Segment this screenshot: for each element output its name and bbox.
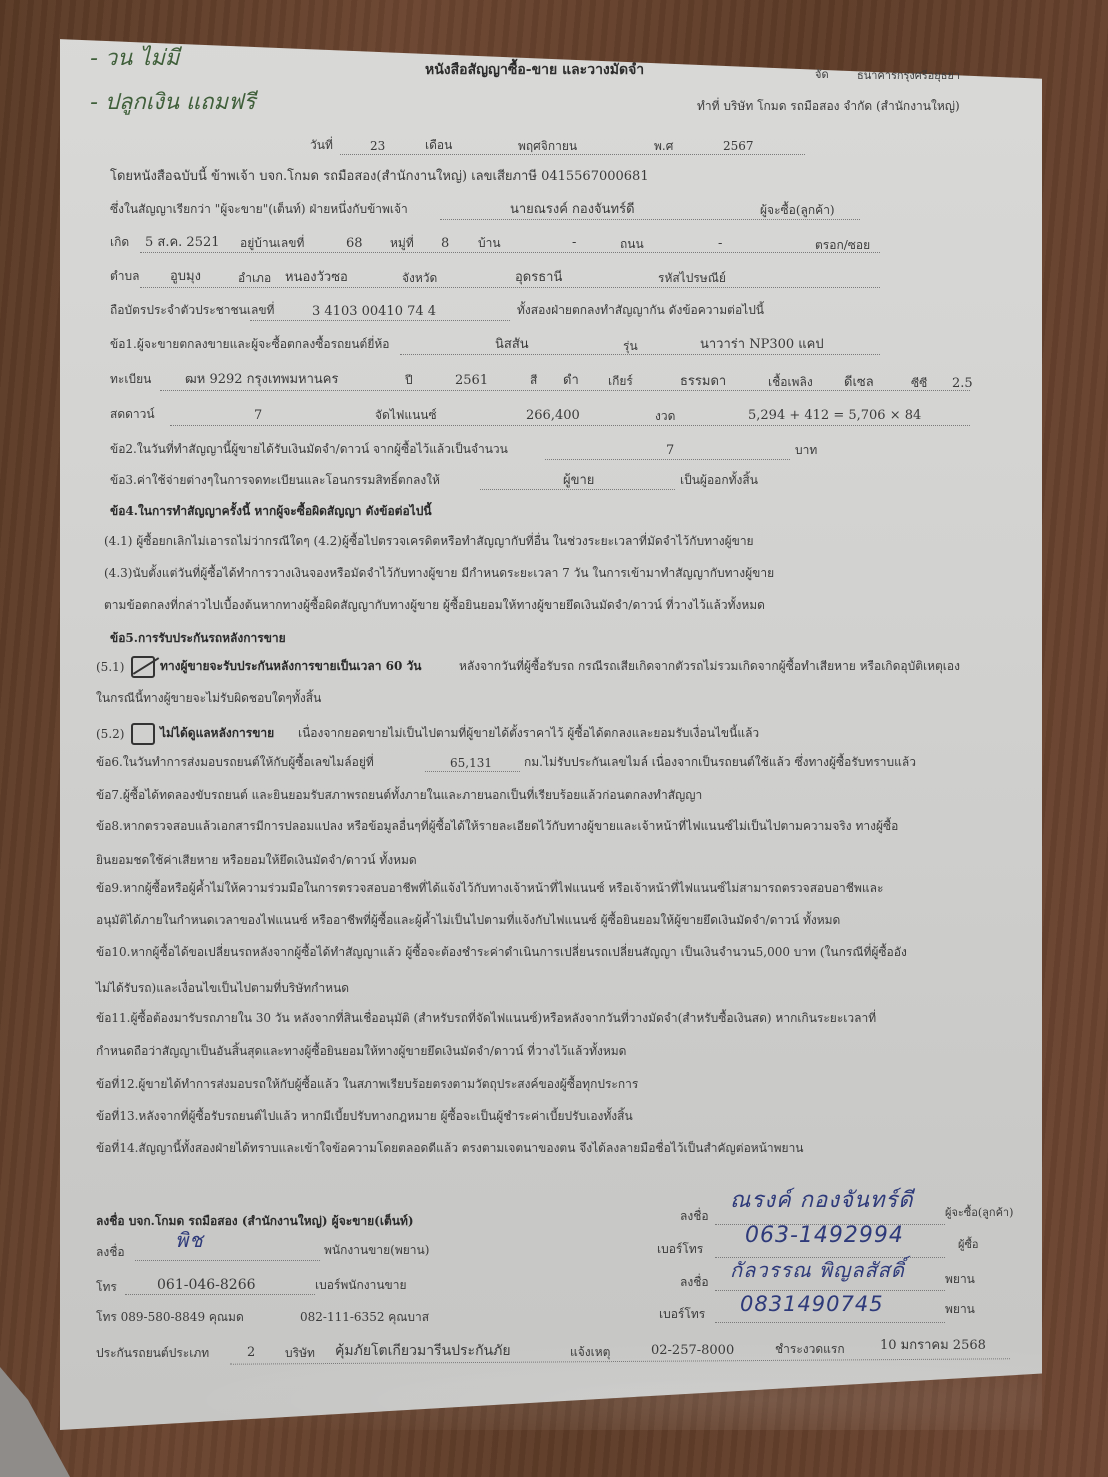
clause-5-title: ข้อ5.การรับประกันรถหลังการขาย: [110, 632, 286, 644]
vehicle-color-value: ดำ: [563, 374, 579, 387]
witness-role: พยาน: [945, 1273, 975, 1285]
mileage-dotted-line: [425, 771, 520, 772]
warranty-60-days-checkbox[interactable]: [131, 656, 155, 678]
clause-5-1-bold: ทางผู้ขายจะรับประกันหลังการขายเป็นเวลา 6…: [160, 660, 421, 672]
clause-5-1-text2: ในกรณีนี้ทางผู้ขายจะไม่รับผิดชอบใดๆทั้งส…: [96, 692, 321, 704]
soi-label: ตรอก/ซอย: [815, 239, 870, 251]
buyer-sign-label: ลงชื่อ: [680, 1210, 709, 1222]
clause-14: ข้อที่14.สัญญานี้ทั้งสองฝ่ายได้ทราบและเข…: [96, 1142, 804, 1154]
moo-label: หมู่ที่: [390, 237, 414, 249]
day-label: วันที่: [310, 139, 333, 151]
vehicle-brand: นิสสัน: [495, 338, 529, 351]
cc-label: ซีซี: [911, 377, 927, 389]
village-label: บ้าน: [478, 237, 501, 249]
clause-10a: ข้อ10.หากผู้ซื้อได้ขอเปลี่ยนรถหลังจากผู้…: [96, 946, 907, 958]
clause-11b: กำหนดถือว่าสัญญาเป็นอันสิ้นสุดและทางผู้ซ…: [96, 1045, 626, 1057]
finance-label: จัด: [815, 69, 829, 80]
clause-10b: ไม่ได้รับรถ)และเงื่อนไขเป็นไปตามที่บริษั…: [96, 982, 349, 994]
buyer-dotted-line: [440, 219, 860, 220]
witness-phone-label: เบอร์โทร: [659, 1308, 705, 1320]
seller-signature-line: ลงชื่อ บจก.โกมด รถมือสอง (สำนักงานใหญ่) …: [96, 1215, 414, 1227]
clause-5-2-bold: ไม่ได้ดูแลหลังการขาย: [160, 727, 274, 739]
district-label: อำเภอ: [238, 272, 271, 284]
house-no-label: อยู่บ้านเลขที่: [240, 237, 304, 249]
born-value: 5 ส.ค. 2521: [145, 236, 220, 249]
salesperson-tel-role: เบอร์พนักงานขาย: [315, 1279, 407, 1291]
no-after-sales-checkbox[interactable]: [131, 723, 155, 745]
gear-label: เกียร์: [608, 375, 633, 387]
moo-value: 8: [441, 237, 449, 250]
insurance-company-value: คุ้มภัยโตเกียวมารีนประกันภัย: [335, 1344, 511, 1358]
witness-sign-dotted-line: [715, 1290, 945, 1291]
buyer-role: ผู้จะซื้อ(ลูกค้า): [760, 204, 835, 216]
fuel-label: เชื้อเพลิง: [768, 376, 813, 388]
intro-text: โดยหนังสือฉบับนี้ ข้าพเจ้า บจก.โกมด รถมื…: [110, 170, 649, 183]
salesperson-role: พนักงานขาย(พยาน): [324, 1244, 429, 1256]
salesperson-tel-value: 061-046-8266: [157, 1278, 256, 1292]
salesperson-sign-label: ลงชื่อ: [96, 1246, 125, 1258]
vehicle-year-value: 2561: [455, 374, 488, 387]
clause-4-3a: (4.3)นับตั้งแต่วันที่ผู้ซื้อได้ทำการวางเ…: [104, 567, 774, 579]
vehicle-dotted-line: [400, 354, 880, 355]
salesperson-tel-label: โทร: [96, 1281, 117, 1293]
made-at: ทำที่ บริษัท โกมด รถมือสอง จำกัด (สำนักง…: [697, 100, 960, 112]
clause-5-1-text: หลังจากวันที่ผู้ซื้อรับรถ กรณีรถเสียเกิด…: [459, 660, 960, 672]
buyer-phone-role: ผู้ซื้อ: [958, 1239, 979, 1250]
installment-value: 5,294 + 412 = 5,706 × 84: [748, 409, 921, 422]
road-value: -: [718, 237, 722, 250]
finance-bank: ธนาคารกรุงศรีอยุธยา: [857, 70, 960, 81]
clause-8b: ยินยอมชดใช้ค่าเสียหาย หรือยอมให้ยึดเงินม…: [96, 854, 417, 866]
house-no-value: 68: [346, 237, 363, 250]
accident-report-label: แจ้งเหตุ: [570, 1346, 610, 1358]
handwritten-note-2: - ปลูกเงิน แถมฟรี: [90, 92, 255, 114]
clause-6-text-b: กม.ไม่รับประกันเลขไมล์ เนื่องจากเป็นรถยน…: [524, 756, 916, 768]
clause-5-2-text: เนื่องจากยอดขายไม่เป็นไปตามที่ผู้ขายได้ต…: [298, 727, 759, 739]
office-contact-2: 082-111-6352 คุณบาส: [300, 1311, 429, 1323]
clause-13: ข้อที่13.หลังจากที่ผู้ซื้อรับรถยนต์ไปแล้…: [96, 1110, 633, 1122]
down-label: สดดาวน์: [110, 408, 155, 420]
clause-5-2-label: (5.2): [96, 728, 124, 740]
witness-phone-role: พยาน: [945, 1303, 975, 1315]
subdistrict-label: ตำบล: [110, 270, 140, 282]
clause-7: ข้อ7.ผู้ซื้อได้ทดลองขับรถยนต์ และยินยอมร…: [96, 789, 702, 801]
clause-11a: ข้อ11.ผู้ซื้อต้องมารับรถภายใน 30 วัน หลั…: [96, 1012, 876, 1024]
salesperson-dotted-line: [135, 1260, 320, 1261]
finance-amount-value: 266,400: [526, 409, 580, 422]
buyer-phone-label: เบอร์โทร: [657, 1243, 703, 1255]
vehicle-color-label: สี: [530, 374, 537, 386]
vehicle-year-label: ปี: [405, 374, 413, 386]
vehicle-model: นาวาร่า NP300 แคป: [700, 338, 824, 351]
insurance-type-label: ประกันรถยนต์ประเภท: [96, 1347, 209, 1359]
clause-3-party: ผู้ขาย: [563, 474, 594, 487]
address-dotted-line: [140, 252, 880, 253]
clause-3-dotted-line: [480, 489, 675, 490]
registration-value: ฒห 9292 กรุงเทพมหานคร: [185, 373, 338, 386]
installment-label: งวด: [655, 410, 675, 422]
registration-dotted-line: [160, 390, 970, 391]
district-value: หนองวัวซอ: [285, 271, 348, 284]
seller-designation: ซึ่งในสัญญาเรียกว่า "ผู้จะขาย"(เต็นท์) ฝ…: [110, 203, 408, 215]
buyer-signature: ณรงค์ กองจันทร์ดี: [730, 1190, 914, 1212]
model-label: รุ่น: [623, 340, 638, 352]
month-label: เดือน: [425, 139, 452, 151]
deposit-dotted-line: [545, 459, 790, 460]
clause-3-text: ข้อ3.ค่าใช้จ่ายต่างๆในการจดทะเบียนและโอน…: [110, 474, 440, 486]
office-contact-1: โทร 089-580-8849 คุณมด: [96, 1311, 244, 1323]
witness-phone-dotted-line: [715, 1322, 945, 1323]
accident-report-phone: 02-257-8000: [651, 1344, 734, 1357]
province-value: อุดรธานี: [515, 271, 562, 284]
down-value: 7: [254, 409, 262, 422]
buyer-sign-role: ผู้จะซื้อ(ลูกค้า): [945, 1207, 1013, 1218]
district-dotted-line: [140, 287, 880, 288]
born-label: เกิด: [110, 236, 129, 248]
deposit-unit: บาท: [795, 444, 817, 456]
witness-phone-value: 0831490745: [740, 1294, 884, 1315]
buyer-phone-value: 063-1492994: [745, 1225, 904, 1247]
id-card-label: ถือบัตรประจำตัวประชาชนเลขที่: [110, 304, 274, 316]
id-dotted-line: [250, 320, 510, 321]
witness-signature: กัลวรรณ พิญลสัสดิ์: [730, 1260, 905, 1280]
clause-2-text: ข้อ2.ในวันที่ทำสัญญานี้ผู้ขายได้รับเงินม…: [110, 443, 508, 455]
clause-9a: ข้อ9.หากผู้ซื้อหรือผู้ค้ำไม่ให้ความร่วมม…: [96, 882, 883, 894]
clause-12: ข้อที่12.ผู้ขายได้ทำการส่งมอบรถให้กับผู้…: [96, 1078, 638, 1090]
clause-4-3b: ตามข้อตกลงที่กล่าวไปเบื้องต้นหากทางผู้ซื…: [104, 599, 765, 611]
insurance-type-value: 2: [247, 1346, 255, 1359]
day-value: 23: [370, 140, 385, 152]
clause-5-1-label: (5.1): [96, 661, 124, 673]
mileage-value: 65,131: [450, 757, 492, 769]
clause-8a: ข้อ8.หากตรวจสอบแล้วเอกสารมีการปลอมแปลง ห…: [96, 820, 898, 832]
clause-1-text: ข้อ1.ผู้จะขายตกลงขายและผู้จะซื้อตกลงซื้อ…: [110, 338, 390, 350]
registration-label: ทะเบียน: [110, 373, 151, 385]
salesperson-tel-dotted-line: [125, 1294, 315, 1295]
id-card-value: 3 4103 00410 74 4: [312, 305, 436, 318]
month-value: พฤศจิกายน: [518, 140, 577, 152]
road-label: ถนน: [620, 238, 644, 250]
clause-6-text-a: ข้อ6.ในวันทำการส่งมอบรถยนต์ให้กับผู้ซื้อ…: [96, 756, 374, 768]
subdistrict-value: อูบมุง: [170, 270, 201, 283]
clause-3-suffix: เป็นผู้ออกทั้งสิ้น: [680, 474, 758, 486]
insurance-company-label: บริษัท: [285, 1347, 315, 1359]
first-payment-date: 10 มกราคม 2568: [880, 1339, 986, 1352]
witness-sign-label: ลงชื่อ: [680, 1276, 709, 1288]
buyer-name: นายณรงค์ กองจันทร์ดี: [510, 203, 635, 216]
village-value: -: [572, 236, 576, 249]
year-value: 2567: [723, 140, 754, 152]
payment-dotted-line: [170, 425, 970, 426]
document-title: หนังสือสัญญาซื้อ-ขาย และวางมัดจำ: [425, 63, 644, 77]
deposit-amount: 7: [666, 444, 674, 457]
id-card-suffix: ทั้งสองฝ่ายตกลงทำสัญญากัน ดังข้อความต่อไ…: [517, 304, 764, 316]
first-payment-label: ชำระงวดแรก: [775, 1343, 845, 1355]
clause-9b: อนุมัติได้ภายในกำหนดเวลาของไฟแนนซ์ หรืออ…: [96, 914, 840, 926]
province-label: จังหวัด: [402, 272, 437, 284]
year-label: พ.ศ: [654, 140, 673, 152]
clause-4-1: (4.1) ผู้ซื้อยกเลิกไม่เอารถไม่ว่ากรณีใดๆ…: [104, 535, 754, 547]
clause-4-title: ข้อ4.ในการทำสัญญาครั้งนี้ หากผู้จะซื้อผิ…: [110, 505, 432, 517]
finance-amount-label: จัดไฟแนนซ์: [375, 409, 437, 421]
fuel-value: ดีเซล: [844, 376, 874, 389]
postcode-label: รหัสไปรษณีย์: [658, 272, 726, 284]
cc-value: 2.5: [952, 377, 973, 390]
salesperson-signature: พิช: [175, 1230, 204, 1250]
gear-value: ธรรมดา: [680, 375, 726, 388]
date-dotted-line: [340, 154, 805, 155]
handwritten-note-1: - วน ไม่มี: [90, 48, 179, 70]
